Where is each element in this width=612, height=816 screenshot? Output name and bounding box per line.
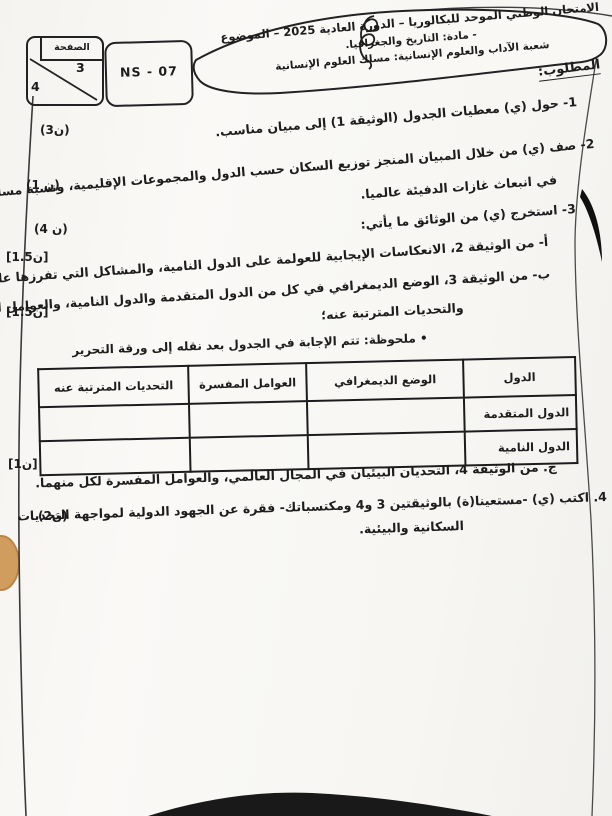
header-countries: الدول <box>463 357 576 398</box>
note-text: ملحوظة: تتم الإجابة في الجدول بعد نقله إ… <box>72 331 416 357</box>
row-label-developed: الدول المتقدمة <box>464 395 576 432</box>
question-1-text: 1- حول (ي) معطيات الجدول (الوثيقة 1) إلى… <box>215 94 578 139</box>
question-4-line2: السكانية والبيئية. <box>359 518 464 536</box>
question-2-mark: (1 ن) <box>26 178 60 192</box>
total-page-number: 4 <box>31 79 40 94</box>
question-3b-mark: [1.5ن] <box>6 305 48 319</box>
question-1-mark: (3ن) <box>40 123 70 137</box>
answer-table-wrap: الدول الوضع الديمغرافي العوامل المفسرة ا… <box>37 356 578 476</box>
answer-note: • ملحوظة: تتم الإجابة في الجدول بعد نقله… <box>72 331 428 357</box>
question-4-line1: 4. اكتب (ي) -مستعينا(ة) بالوثيقتين 3 و4 … <box>17 489 607 524</box>
table-cell-empty <box>307 398 465 436</box>
question-3-text: 3- استخرج (ي) من الوثائق ما يأتي: <box>360 201 576 232</box>
table-cell-empty <box>189 401 308 438</box>
table-cell-empty <box>40 438 191 475</box>
question-4-mark: (2ن) <box>38 509 68 523</box>
header-demographic: الوضع الديمغرافي <box>306 360 464 402</box>
required-heading: المطلوب: <box>537 57 601 81</box>
question-3a-mark: [1.5ن] <box>6 250 48 264</box>
table-cell-empty <box>39 404 190 441</box>
current-page-number: 3 <box>76 60 85 75</box>
answer-table: الدول الوضع الديمغرافي العوامل المفسرة ا… <box>37 356 578 476</box>
table-cell-empty <box>190 435 309 472</box>
question-3-mark: (4 ن) <box>34 222 68 236</box>
question-2-line1: 2- صف (ي) من خلال المبيان المنجز توزيع ا… <box>0 136 595 202</box>
question-2-line2: في انبعاث غازات الدفيئة عالميا. <box>360 172 558 202</box>
header-factors: العوامل المفسرة <box>188 363 307 404</box>
note-bullet-icon: • <box>420 331 428 345</box>
page-label: الصفحة <box>40 36 104 61</box>
question-3c-mark: [1ن] <box>8 457 38 471</box>
question-3b-line2: والتحديات المترتبة عنه؛ <box>321 300 464 322</box>
exam-code-box: NS - 07 <box>104 40 194 107</box>
header-challenges: التحديات المترتبة عنه <box>38 366 189 407</box>
